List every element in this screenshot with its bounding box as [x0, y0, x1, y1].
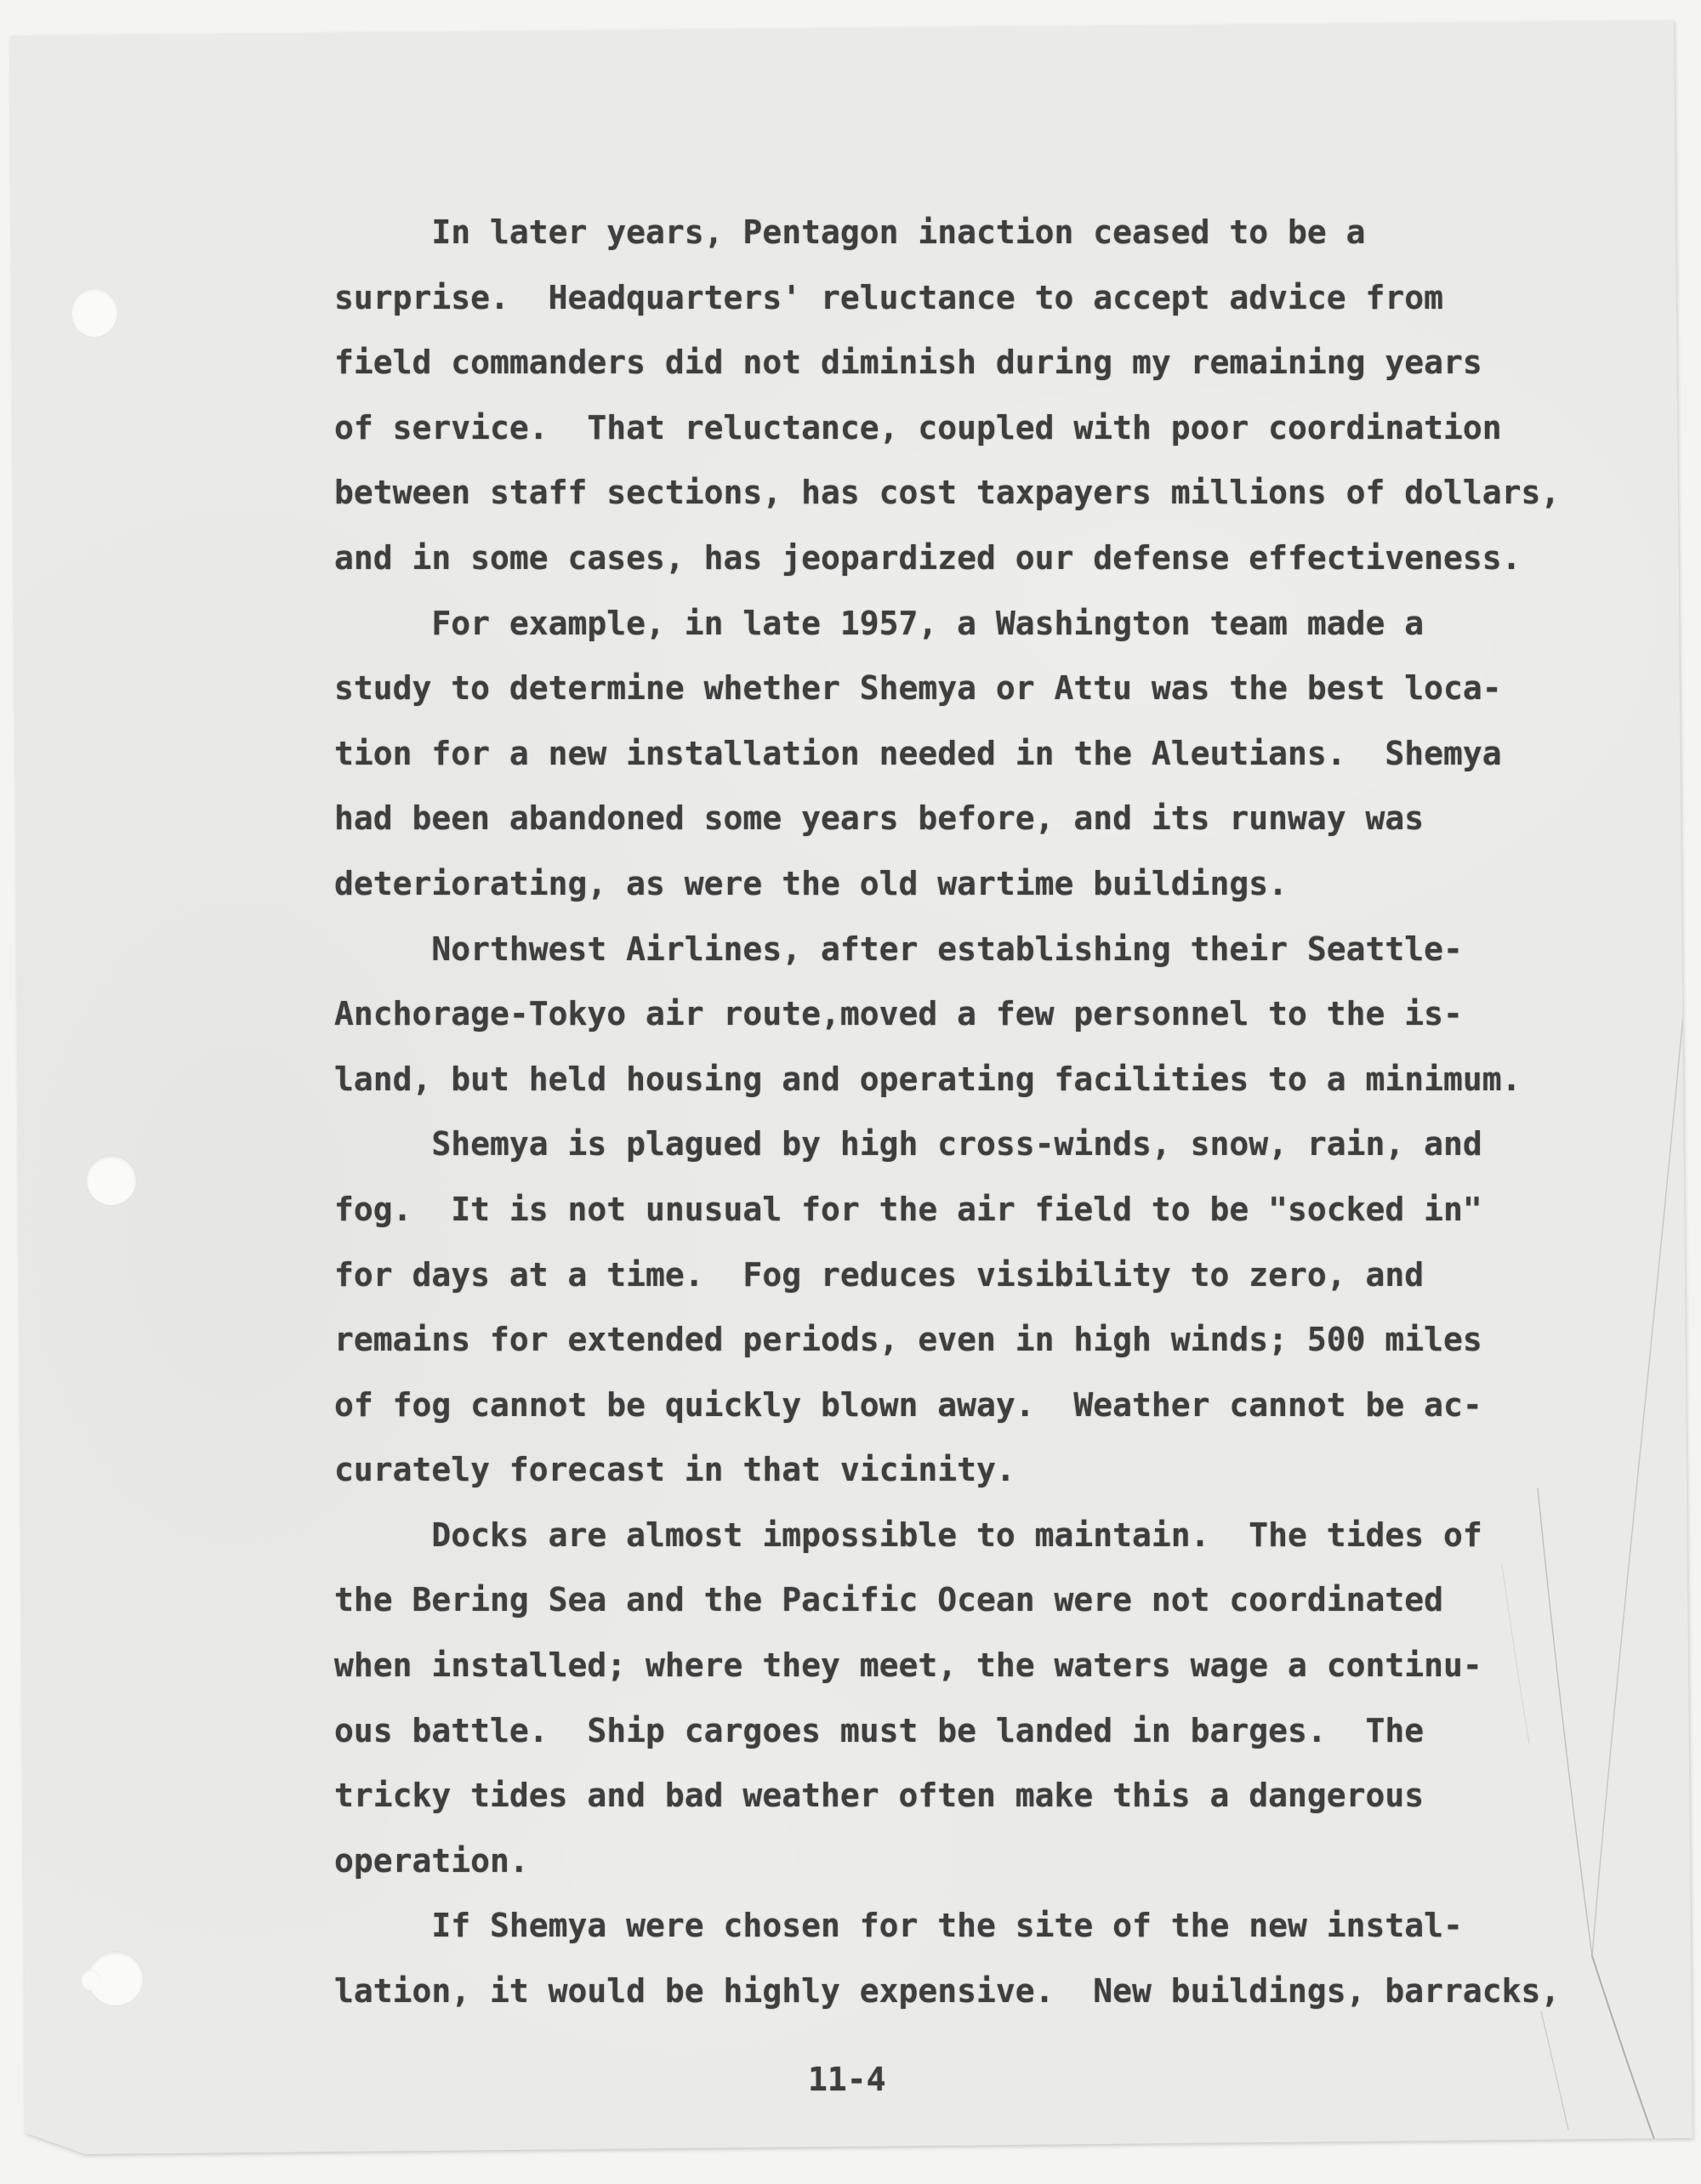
paper-shadow: In later years, Pentagon inaction ceased… — [0, 0, 1701, 2184]
punch-hole-middle — [87, 1156, 136, 1205]
punch-hole-top — [71, 288, 117, 337]
document-page: In later years, Pentagon inaction ceased… — [0, 0, 1701, 2184]
page-number: 11-4 — [808, 2063, 886, 2096]
punch-hole-bottom-notch — [82, 1970, 100, 1990]
typewritten-text: In later years, Pentagon inaction ceased… — [334, 200, 1560, 2024]
scan-background: { "colors": { "backdrop": "#f4f4f2", "pa… — [0, 0, 1701, 2184]
